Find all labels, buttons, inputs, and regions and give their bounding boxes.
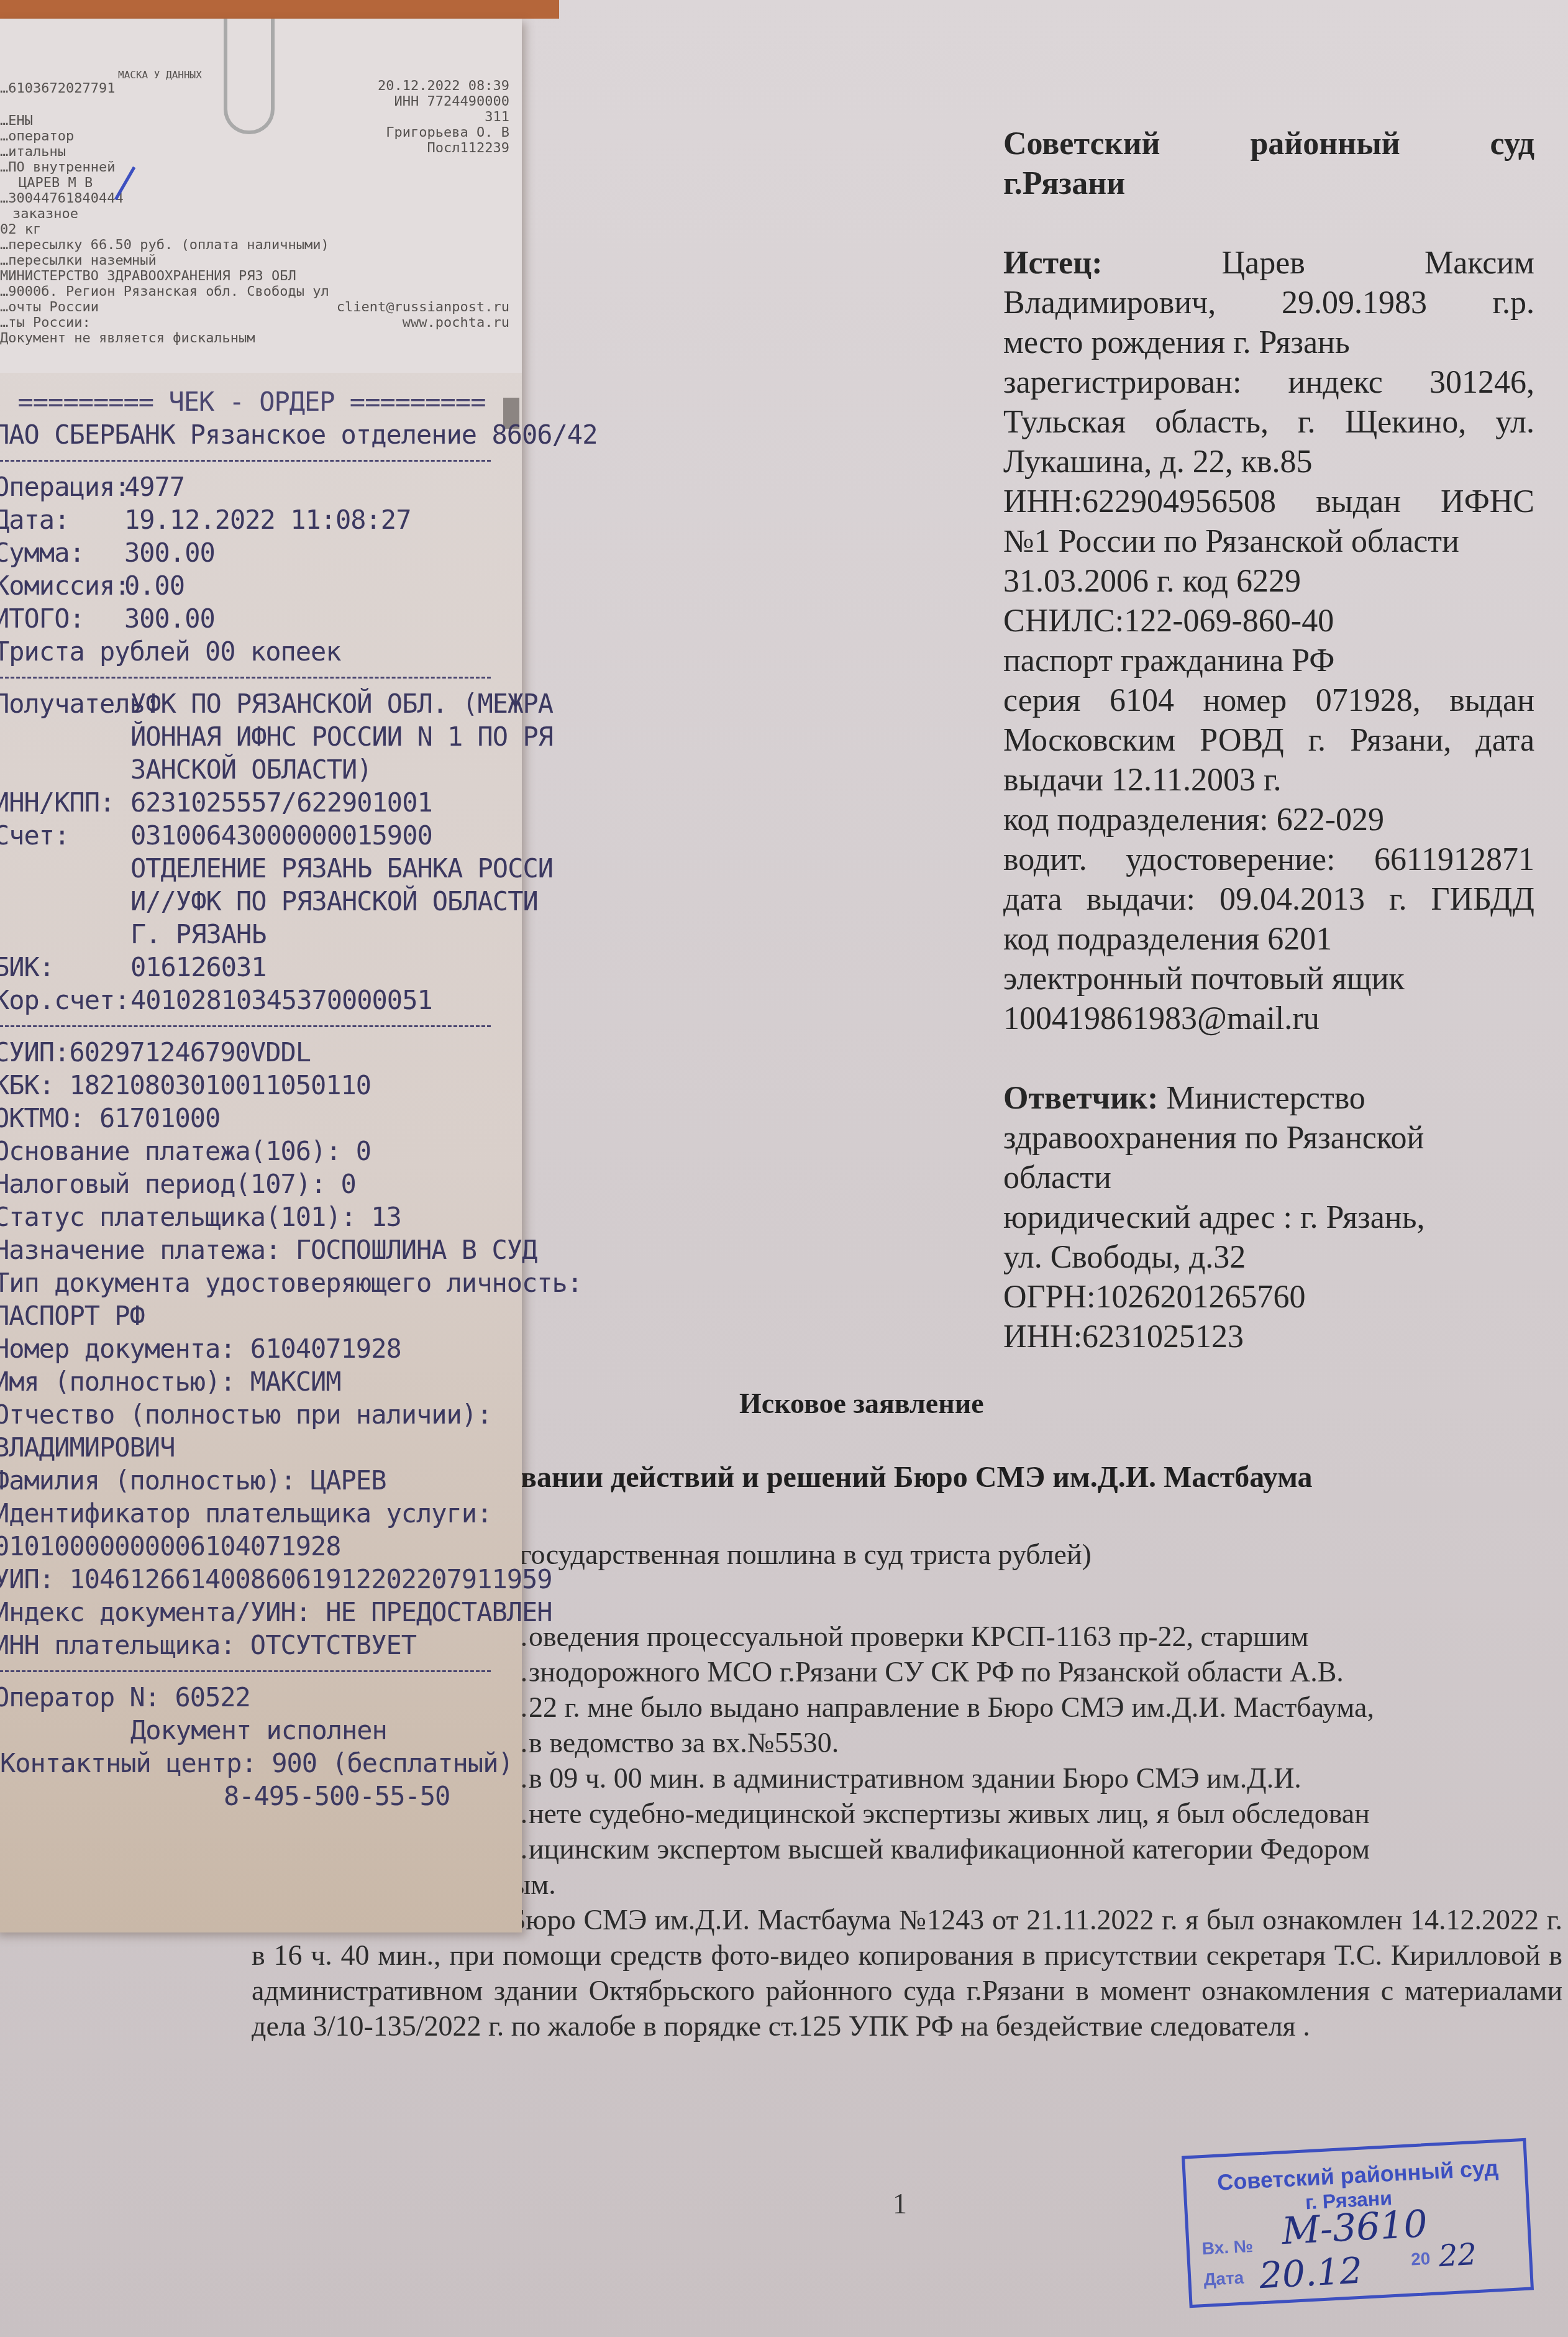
plaintiff-line: СНИЛС:122-069-860-40 — [1003, 601, 1534, 641]
postal-line: …ПО внутренней — [0, 160, 115, 175]
receipt-row: Комиссия:0.00 — [0, 569, 509, 602]
plaintiff-line: 31.03.2006 г. код 6229 — [1003, 562, 1534, 601]
corr-account: Кор.счет:40102810345370000051 — [0, 984, 509, 1017]
detail-line: Статус плательщика(101): 13 — [0, 1201, 509, 1233]
plaintiff-line: дата выдачи: 09.04.2013 г. ГИБДД — [1003, 880, 1534, 920]
account-cont: ОТДЕЛЕНИЕ РЯЗАНЬ БАНКА РОССИ — [0, 852, 509, 885]
postal-line: …оператор — [0, 129, 74, 144]
recipient-cont: ЙОННАЯ ИФНС РОССИИ N 1 ПО РЯ — [0, 720, 509, 753]
postal-line: …ЕНЫ — [0, 113, 33, 129]
postal-line: …пересылку 66.50 руб. (оплата наличными) — [0, 237, 329, 253]
postal-datetime: 20.12.2022 08:39 — [378, 78, 509, 94]
detail-line: Имя (полностью): МАКСИМ — [0, 1365, 509, 1398]
postal-line: заказное — [12, 206, 78, 222]
detail-line: ВЛАДИМИРОВИЧ — [0, 1431, 509, 1464]
plaintiff-line: зарегистрирован: индекс 301246, — [1003, 363, 1534, 403]
contact-phone: 8-495-500-55-50 — [0, 1780, 509, 1813]
postal-email: client@russianpost.ru — [337, 300, 509, 315]
postal-line: 02 кг — [0, 222, 41, 237]
detail-line: КБК: 18210803010011050110 — [0, 1069, 509, 1102]
recipient-cont: ЗАНСКОЙ ОБЛАСТИ) — [0, 753, 509, 786]
plaintiff-line: место рождения г. Рязань — [1003, 323, 1534, 363]
sberbank-receipt: ========= ЧЕК - ОРДЕР ========= ПАО СБЕР… — [0, 385, 509, 1813]
account-cont: И//УФК ПО РЯЗАНСКОЙ ОБЛАСТИ — [0, 885, 509, 918]
postal-id: …6103672027791 — [0, 81, 115, 96]
document-title: Исковое заявление — [739, 1387, 984, 1420]
detail-line: 01010000000006104071928 — [0, 1530, 509, 1563]
recipient: Получатель:УФК ПО РЯЗАНСКОЙ ОБЛ. (МЕЖРА — [0, 687, 509, 720]
divider — [0, 1670, 491, 1672]
amount-words: Триста рублей 00 копеек — [0, 635, 509, 668]
receipt-row: Операция:4977 — [0, 470, 509, 503]
detail-line: Назначение платежа: ГОСПОШЛИНА В СУД — [0, 1233, 509, 1266]
postal-website: www.pochta.ru — [403, 315, 509, 331]
document-executed: Документ исполнен — [0, 1714, 509, 1747]
bank-name: ПАО СБЕРБАНК Рязанское отделение 8606/42 — [0, 418, 509, 451]
receipt-row: ИТОГО:300.00 — [0, 602, 509, 635]
plaintiff-line: Владимирович, 29.09.1983 г.р. — [1003, 283, 1534, 323]
defendant-heading: Ответчик: Министерство — [1003, 1079, 1534, 1118]
plaintiff-line: код подразделения 6201 — [1003, 920, 1534, 959]
plaintiff-line: водит. удостоверение: 6611912871 — [1003, 840, 1534, 880]
background-strip — [0, 0, 559, 19]
stamp-date-handwritten: 20.12 — [1258, 2249, 1363, 2297]
postal-inn: ИНН 7724490000 — [394, 94, 509, 109]
court-city: г.Рязани — [1003, 164, 1534, 204]
plaintiff-line: серия 6104 номер 071928, выдан — [1003, 681, 1534, 721]
document-photo: Советский районный суд г.Рязани Истец: Ц… — [0, 0, 1568, 2337]
detail-line: Номер документа: 6104071928 — [0, 1332, 509, 1365]
account-cont: Г. РЯЗАНЬ — [0, 918, 509, 951]
page-number: 1 — [893, 2187, 907, 2220]
postal-line: ЦАРЕВ М В — [19, 175, 93, 191]
court-name: Советский районный суд — [1003, 124, 1534, 164]
postal-line: …9000б. Регион Рязанская обл. Свободы ул — [0, 284, 329, 300]
detail-line: Налоговый период(107): 0 — [0, 1168, 509, 1201]
receipts-stack: …6103672027791 МАСКА У ДАННЫХ 20.12.2022… — [0, 19, 522, 1932]
contact-center: Контактный центр: 900 (бесплатный) — [0, 1747, 509, 1780]
fee-note: ( государственная пошлина в суд триста р… — [503, 1538, 1092, 1571]
defendant-line: области — [1003, 1158, 1534, 1198]
plaintiff-line: ИНН:622904956508 выдан ИФНС — [1003, 482, 1534, 522]
receipt-title: ========= ЧЕК - ОРДЕР ========= — [0, 385, 509, 418]
defendant-line: здравоохранения по Рязанской — [1003, 1118, 1534, 1158]
detail-line: Фамилия (полностью): ЦАРЕВ — [0, 1464, 509, 1497]
postal-line: МИНИСТЕРСТВО ЗДРАВООХРАНЕНИЯ РЯЗ ОБЛ — [0, 268, 296, 284]
paperclip-icon — [224, 19, 275, 134]
account: Счет:03100643000000015900 — [0, 819, 509, 852]
defendant-line: ОГРН:1026201265760 — [1003, 1278, 1534, 1317]
postal-line: …итальны — [0, 144, 66, 160]
postal-line: …пересылки наземный — [0, 253, 157, 268]
plaintiff-line: Московским РОВД г. Рязани, дата — [1003, 721, 1534, 761]
defendant-line: ИНН:6231025123 — [1003, 1317, 1534, 1357]
postal-code: Посл112239 — [427, 140, 509, 156]
document-subtitle: …вании действий и решений Бюро СМЭ им.Д.… — [491, 1460, 1313, 1494]
detail-line: Отчество (полностью при наличии): — [0, 1398, 509, 1431]
detail-line: ОКТМО: 61701000 — [0, 1102, 509, 1135]
plaintiff-line: №1 России по Рязанской области — [1003, 522, 1534, 562]
stamp-year-handwritten: 22 — [1438, 2237, 1478, 2274]
detail-line: ИНН плательщика: ОТСУТСТВУЕТ — [0, 1629, 509, 1662]
postal-mask: МАСКА У ДАННЫХ — [118, 67, 202, 83]
stamp-in-no-handwritten: M-3610 — [1281, 2202, 1429, 2253]
defendant-line: юридический адрес : г. Рязань, — [1003, 1198, 1534, 1238]
defendant-line: ул. Свободы, д.32 — [1003, 1238, 1534, 1278]
postal-line: …ты России: — [0, 315, 91, 331]
postal-line: …очты России — [0, 300, 99, 315]
divider — [0, 460, 491, 462]
bik: БИК:016126031 — [0, 951, 509, 984]
divider — [0, 677, 491, 679]
postal-line: Документ не является фискальным — [0, 331, 255, 346]
detail-line: Индекс документа/УИН: НЕ ПРЕДОСТАВЛЕН — [0, 1596, 509, 1629]
postal-operator: Григорьева О. В — [386, 125, 509, 140]
detail-line: Тип документа удостоверяющего личность: — [0, 1266, 509, 1299]
stamp-year-prefix: 20 — [1410, 2249, 1431, 2270]
detail-line: Идентификатор плательщика услуги: — [0, 1497, 509, 1530]
operator-number: Оператор N: 60522 — [0, 1681, 509, 1714]
plaintiff-email: 100419861983@mail.ru — [1003, 999, 1534, 1039]
postal-num: 311 — [485, 109, 509, 125]
detail-line: УИП: 10461266140086061912202207911959 — [0, 1563, 509, 1596]
plaintiff-line: Лукашина, д. 22, кв.85 — [1003, 442, 1534, 482]
divider — [0, 1025, 491, 1027]
detail-line: ПАСПОРТ РФ — [0, 1299, 509, 1332]
stamp-in-no-label: Вх. № — [1201, 2236, 1254, 2259]
inn-kpp: ИНН/КПП:6231025557/622901001 — [0, 786, 509, 819]
plaintiff-line: код подразделения: 622-029 — [1003, 800, 1534, 840]
plaintiff-line: Тульская область, г. Щекино, ул. — [1003, 403, 1534, 442]
receipt-row: Дата:19.12.2022 11:08:27 — [0, 503, 509, 536]
postal-receipt: …6103672027791 МАСКА У ДАННЫХ 20.12.2022… — [0, 19, 522, 373]
receipt-row: Сумма:300.00 — [0, 536, 509, 569]
stamp-date-label: Дата — [1203, 2268, 1244, 2290]
court-intake-stamp: Советский районный суд г. Рязани Вх. № M… — [1182, 2138, 1534, 2308]
header-block: Советский районный суд г.Рязани Истец: Ц… — [1003, 124, 1534, 1357]
plaintiff-heading: Истец: Царев Максим — [1003, 244, 1534, 283]
detail-line: СУИП:602971246790VDDL — [0, 1036, 509, 1069]
plaintiff-line: электронный почтовый ящик — [1003, 959, 1534, 999]
detail-line: Основание платежа(106): 0 — [0, 1135, 509, 1168]
plaintiff-line: паспорт гражданина РФ — [1003, 641, 1534, 681]
plaintiff-line: выдачи 12.11.2003 г. — [1003, 761, 1534, 800]
